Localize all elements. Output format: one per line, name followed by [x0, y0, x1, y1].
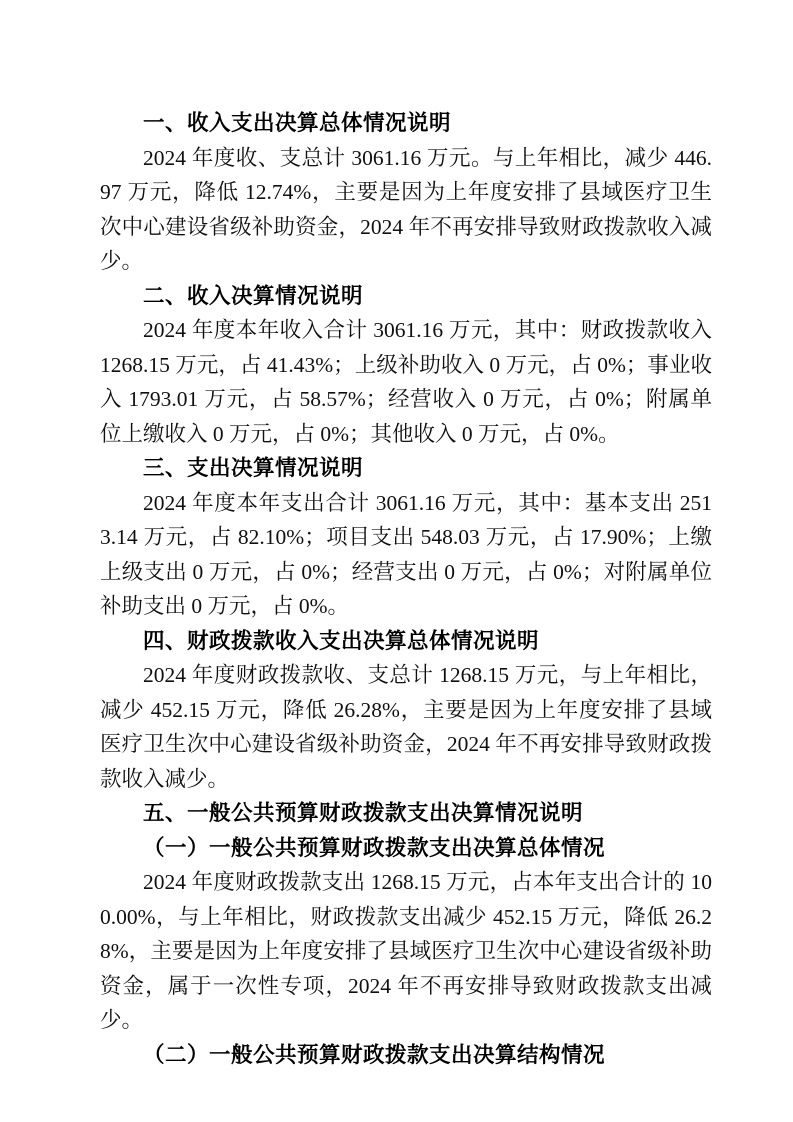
subsection-heading-general-public-budget-expense-overall: （一）一般公共预算财政拨款支出决算总体情况	[100, 831, 712, 866]
paragraph-fiscal-appropriation-overview: 2024 年度财政拨款收、支总计 1268.15 万元，与上年相比，减少 452…	[100, 658, 712, 796]
paragraph-expense-final-accounts: 2024 年度本年支出合计 3061.16 万元，其中：基本支出 2513.14…	[100, 486, 712, 624]
section-heading-income-expense-overview: 一、收入支出决算总体情况说明	[100, 106, 712, 141]
paragraph-income-expense-overview: 2024 年度收、支总计 3061.16 万元。与上年相比，减少 446.97 …	[100, 141, 712, 279]
paragraph-income-final-accounts: 2024 年度本年收入合计 3061.16 万元，其中：财政拨款收入 1268.…	[100, 313, 712, 451]
section-heading-income-final-accounts: 二、收入决算情况说明	[100, 279, 712, 314]
document-page: 一、收入支出决算总体情况说明 2024 年度收、支总计 3061.16 万元。与…	[0, 0, 793, 1122]
section-heading-expense-final-accounts: 三、支出决算情况说明	[100, 451, 712, 486]
section-heading-general-public-budget-expense: 五、一般公共预算财政拨款支出决算情况说明	[100, 796, 712, 831]
subsection-heading-general-public-budget-expense-structure: （二）一般公共预算财政拨款支出决算结构情况	[100, 1038, 712, 1073]
paragraph-general-public-budget-expense-overall: 2024 年度财政拨款支出 1268.15 万元，占本年支出合计的 100.00…	[100, 865, 712, 1038]
section-heading-fiscal-appropriation-overview: 四、财政拨款收入支出决算总体情况说明	[100, 624, 712, 659]
